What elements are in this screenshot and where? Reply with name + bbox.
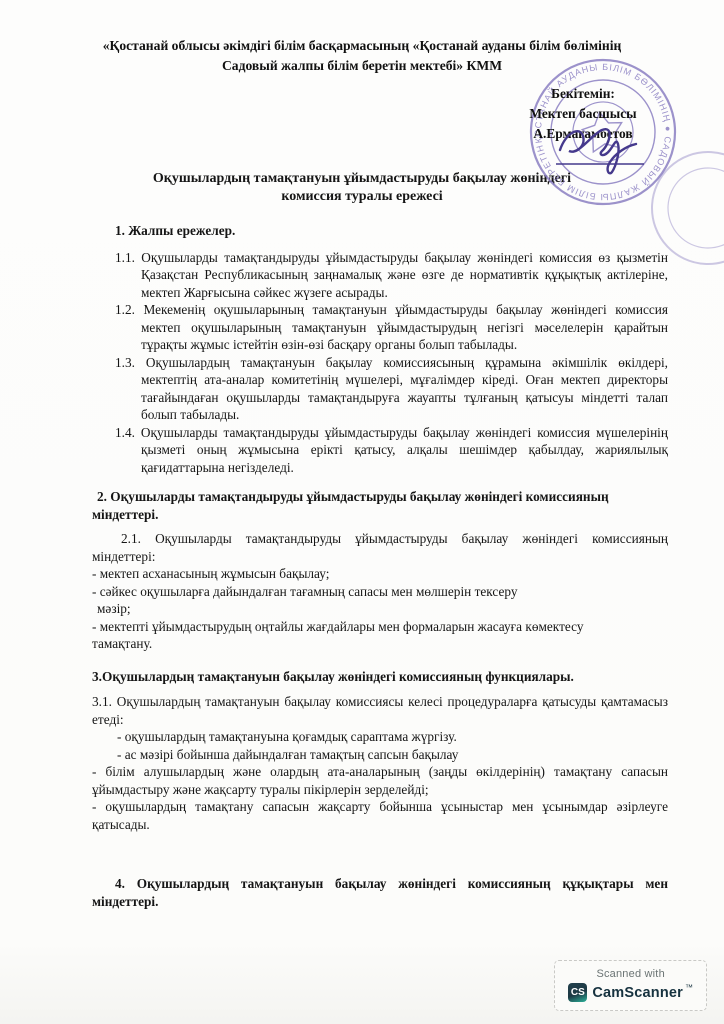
list-item: - ас мәзірі бойынша дайындалған тамақтың… bbox=[117, 746, 668, 764]
section3-items: - оқушылардың тамақтануына қоғамдық сара… bbox=[92, 728, 668, 833]
list-item: тамақтану. bbox=[92, 635, 668, 653]
trademark-symbol: ™ bbox=[685, 983, 693, 992]
list-item: - оқушылардың тамақтануына қоғамдық сара… bbox=[117, 728, 668, 746]
camscanner-name: CamScanner bbox=[592, 985, 683, 1001]
list-item: - оқушылардың тамақтану сапасын жақсарту… bbox=[92, 798, 668, 833]
camscanner-logo-icon: CS bbox=[568, 983, 587, 1002]
director-signature-icon bbox=[552, 120, 656, 176]
clause-2-1: 2.1. Оқушыларды тамақтандыруды ұйымдасты… bbox=[92, 530, 668, 565]
document-body: 1. Жалпы ережелер. 1.1. Оқушыларды тамақ… bbox=[92, 222, 668, 910]
clause-1-3: 1.3. Оқушылардың тамақтануын бақылау ком… bbox=[115, 354, 668, 424]
camscanner-badge: Scanned with CS CamScanner ™ bbox=[554, 960, 707, 1011]
clause-3-1: 3.1. Оқушылардың тамақтануын бақылау ком… bbox=[92, 693, 668, 728]
section2-items: - мектеп асханасының жұмысын бақылау; - … bbox=[92, 565, 668, 653]
section1-items: 1.1. Оқушыларды тамақтандыруды ұйымдасты… bbox=[92, 249, 668, 477]
list-item: - сәйкес оқушыларға дайындалған тағамның… bbox=[92, 583, 668, 601]
scanned-with-label: Scanned with bbox=[568, 968, 693, 980]
clause-1-1: 1.1. Оқушыларды тамақтандыруды ұйымдасты… bbox=[115, 249, 668, 302]
section4-heading: 4. Оқушылардың тамақтануын бақылау жөнін… bbox=[92, 875, 668, 910]
clause-1-2: 1.2. Мекеменің оқушыларының тамақтануын … bbox=[115, 301, 668, 354]
clause-1-4: 1.4. Оқушыларды тамақтандыруды ұйымдасты… bbox=[115, 424, 668, 477]
list-item: - мектеп асханасының жұмысын бақылау; bbox=[92, 565, 668, 583]
section3-heading: 3.Оқушылардың тамақтануын бақылау жөнінд… bbox=[92, 668, 668, 686]
scanned-page: «Қостанай облысы әкімдігі білім басқарма… bbox=[0, 0, 724, 1024]
camscanner-row: CS CamScanner ™ bbox=[568, 983, 693, 1002]
section2-heading: 2. Оқушыларды тамақтандыруды ұйымдастыру… bbox=[92, 488, 668, 523]
section1-heading: 1. Жалпы ережелер. bbox=[115, 222, 668, 240]
approval-label: Бекітемін: bbox=[508, 84, 658, 104]
list-item: - білім алушылардың және олардың ата-ана… bbox=[92, 763, 668, 798]
list-item: - мектепті ұйымдастырудың оңтайлы жағдай… bbox=[92, 618, 668, 636]
list-item: мәзір; bbox=[97, 600, 668, 618]
